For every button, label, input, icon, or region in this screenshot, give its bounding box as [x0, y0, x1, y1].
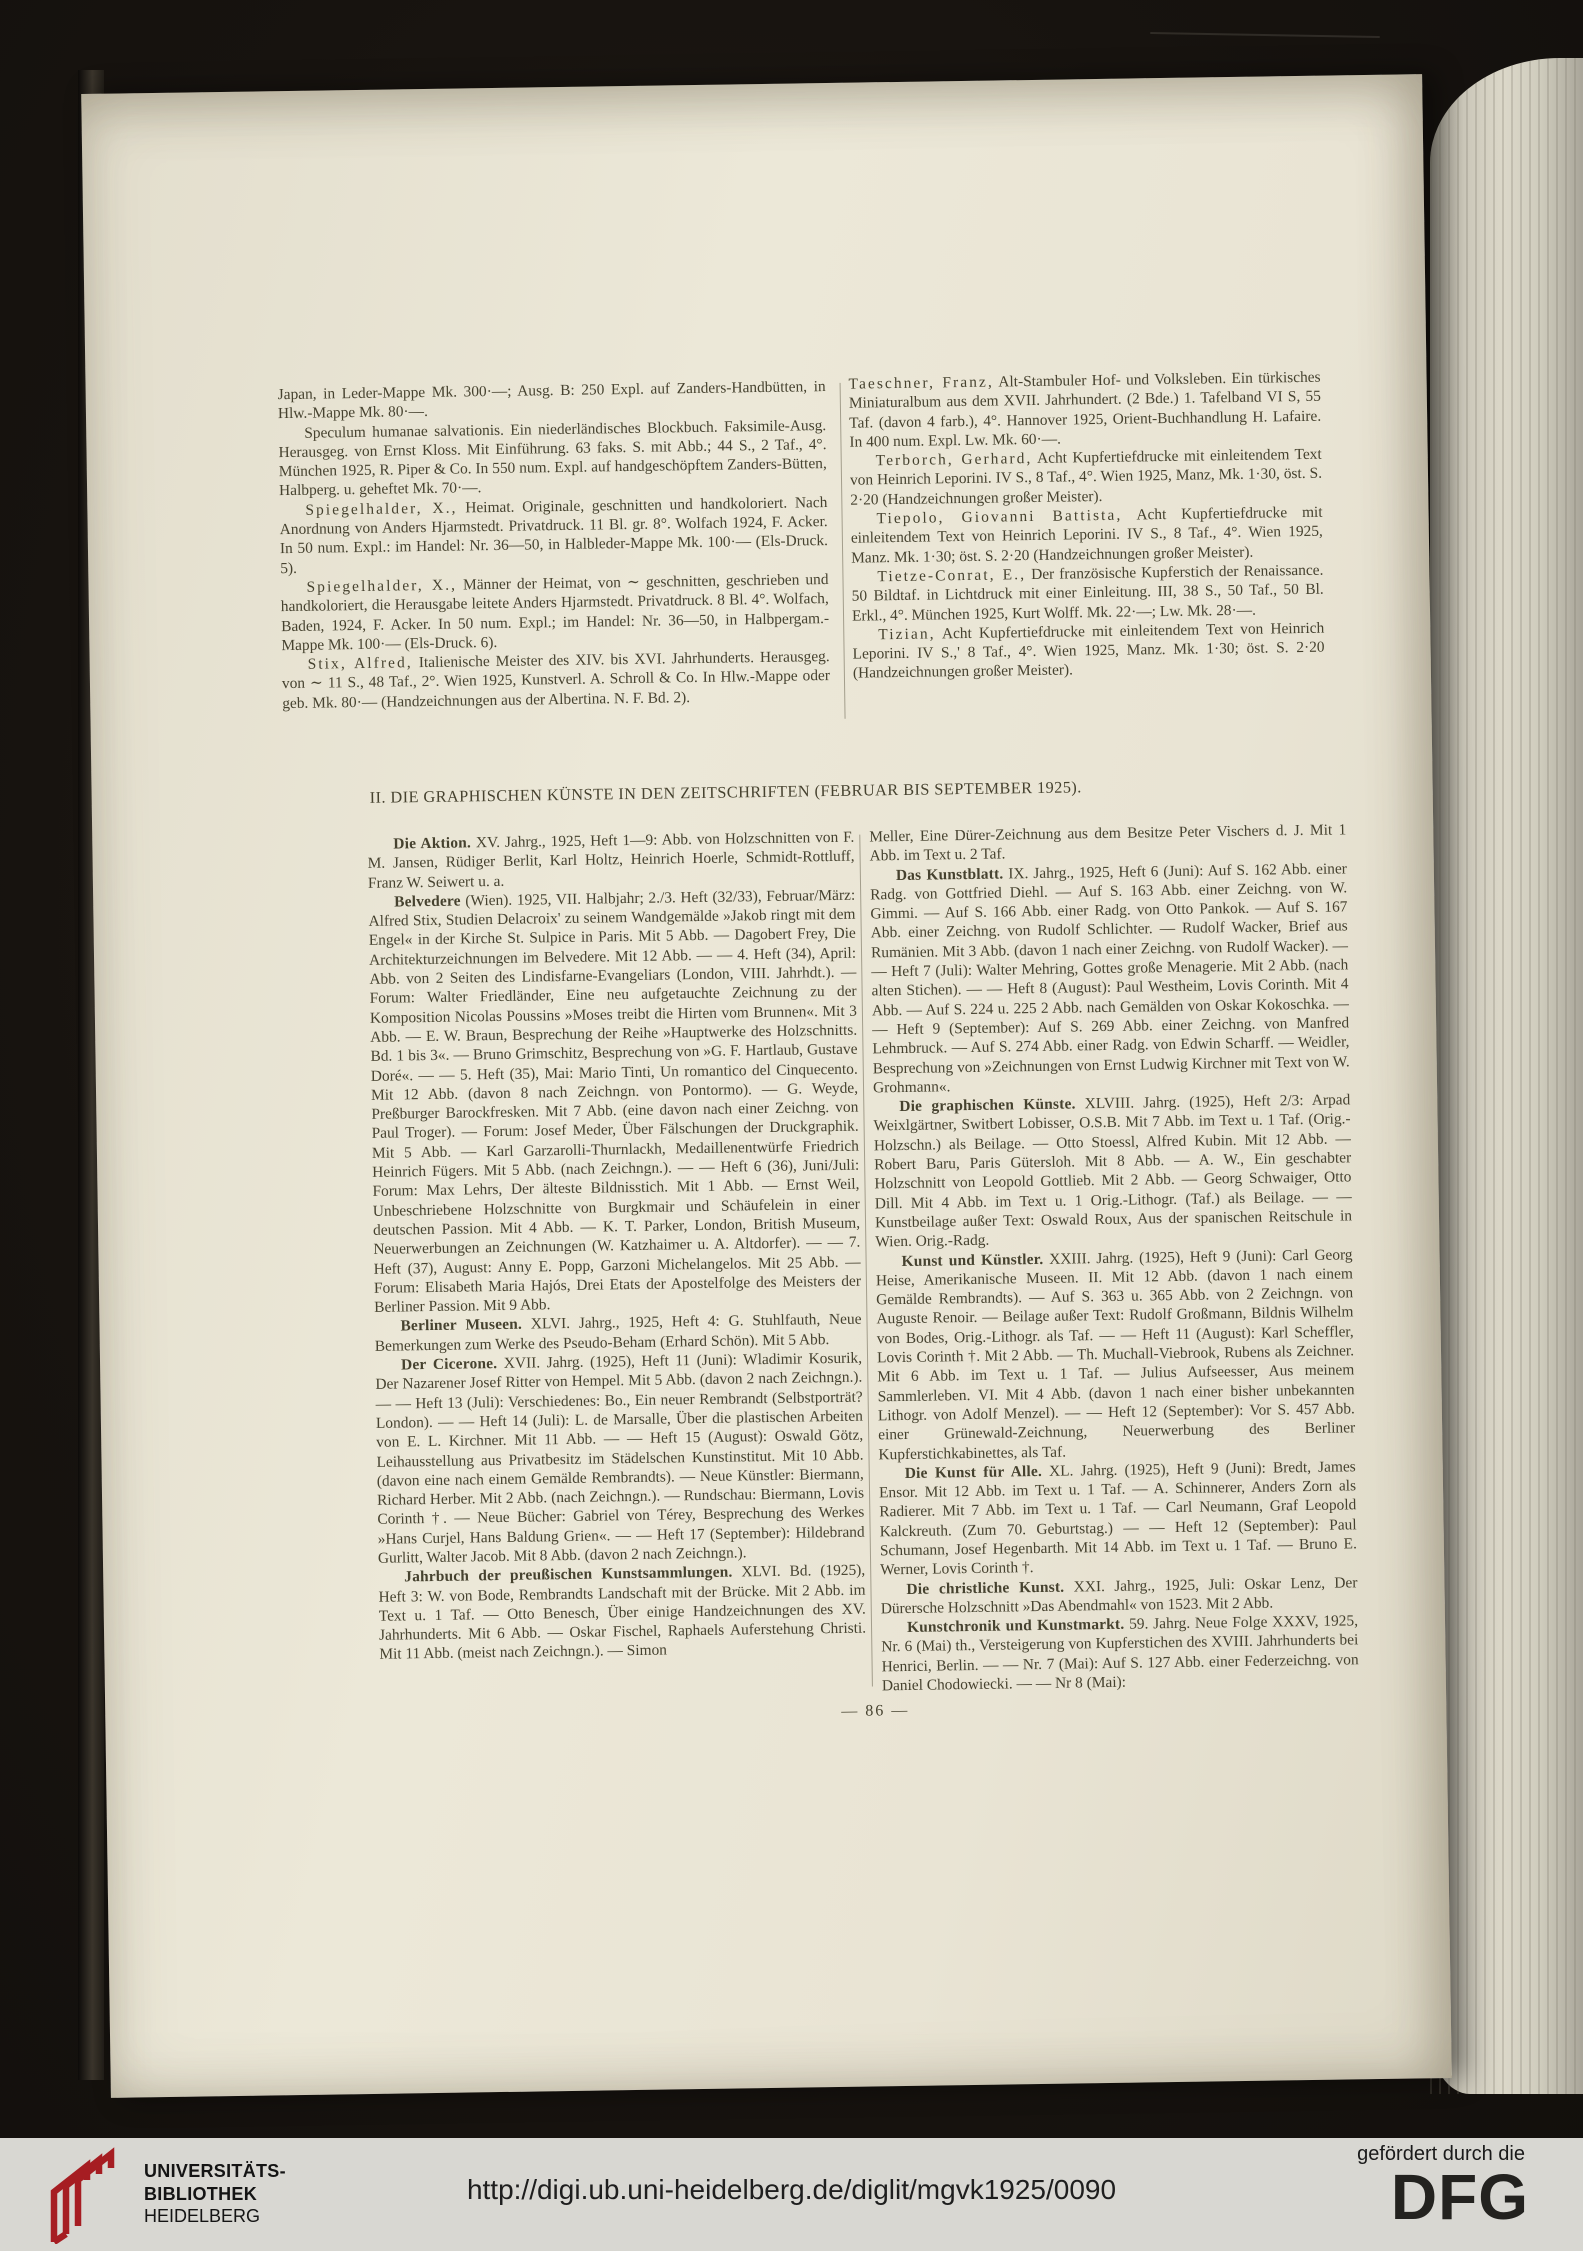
bib-entry-author: Tizian,: [878, 625, 936, 643]
journal-title: Der Cicerone.: [401, 1355, 497, 1373]
bib-entry-author: Terborch, Gerhard,: [876, 450, 1033, 469]
bib-entry: Tietze-Conrat, E., Der französische Kupf…: [851, 561, 1324, 626]
journal-title: Die Aktion.: [393, 834, 471, 852]
scanned-book-page: Japan, in Leder-Mappe Mk. 300·—; Ausg. B…: [81, 74, 1452, 2098]
bib-entry: Tizian, Acht Kupfertiefdrucke mit einlei…: [852, 619, 1325, 684]
section-heading: II. DIE GRAPHISCHEN KÜNSTE IN DEN ZEITSC…: [370, 777, 1082, 808]
journal-entry: Belvedere (Wien). 1925, VII. Halbjahr; 2…: [368, 886, 861, 1318]
journal-entry: Kunst und Künstler. XXIII. Jahrg. (1925)…: [875, 1245, 1355, 1464]
bib-entry-text: Japan, in Leder-Mappe Mk. 300·—; Ausg. B…: [278, 378, 826, 422]
journal-title: Berliner Museen.: [400, 1316, 522, 1335]
journal-entry-text: Meller, Eine Dürer-Zeichnung aus dem Bes…: [869, 821, 1346, 864]
journal-entry: Kunstchronik und Kunstmarkt. 59. Jahrg. …: [881, 1611, 1359, 1695]
journals-column-left: Die Aktion. XV. Jahrg., 1925, Heft 1—9: …: [367, 828, 866, 1665]
journal-entry: Das Kunstblatt. IX. Jahrg., 1925, Heft 6…: [870, 859, 1350, 1098]
digitized-book-viewer: Japan, in Leder-Mappe Mk. 300·—; Ausg. B…: [0, 0, 1583, 2251]
journal-entry: Der Cicerone. XVII. Jahrg. (1925), Heft …: [375, 1349, 865, 1568]
journal-title: Belvedere: [394, 892, 461, 910]
journal-entry-text: XVII. Jahrg. (1925), Heft 11 (Juni): Wla…: [375, 1350, 864, 1567]
journal-entry-text: XXIII. Jahrg. (1925), Heft 9 (Juni): Car…: [876, 1246, 1355, 1463]
bib-entry-author: Tiepolo, Giovanni Battista,: [876, 507, 1122, 528]
bib-entry: Taeschner, Franz, Alt-Stambuler Hof- und…: [848, 368, 1321, 452]
journal-entry: Die Aktion. XV. Jahrg., 1925, Heft 1—9: …: [367, 828, 855, 893]
bib-entry: Speculum humanae salvationis. Ein nieder…: [278, 416, 827, 501]
bib-entry-author: Spiegelhalder, X.,: [305, 499, 457, 518]
journal-title: Jahrbuch der preußischen Kunstsammlungen…: [404, 1564, 732, 1586]
continuation-column-left: Japan, in Leder-Mappe Mk. 300·—; Ausg. B…: [278, 377, 831, 713]
bib-entry: Stix, Alfred, Italienische Meister des X…: [282, 647, 831, 713]
bib-entry-author: Stix, Alfred,: [308, 654, 413, 673]
journal-entry: Die Kunst für Alle. XL. Jahrg. (1925), H…: [879, 1457, 1358, 1580]
journal-title: Die Kunst für Alle.: [905, 1463, 1042, 1482]
bib-entry: Spiegelhalder, X., Männer der Heimat, vo…: [280, 570, 829, 655]
page-number: — 86 —: [745, 1701, 1005, 1723]
page-edge-streaks: [1430, 58, 1583, 2094]
journal-title: Das Kunstblatt.: [896, 865, 1004, 884]
library-name-line: BIBLIOTHEK: [144, 2183, 286, 2206]
university-library-logo-text: UNIVERSITÄTS- BIBLIOTHEK HEIDELBERG: [144, 2160, 286, 2228]
journal-title: Kunstchronik und Kunstmarkt.: [907, 1616, 1125, 1636]
library-name-line: HEIDELBERG: [144, 2205, 286, 2228]
journal-title: Kunst und Künstler.: [901, 1250, 1043, 1269]
column-divider: [840, 383, 846, 719]
bib-entry: Terborch, Gerhard, Acht Kupfertiefdrucke…: [850, 445, 1323, 510]
library-name-line: UNIVERSITÄTS-: [144, 2160, 286, 2183]
bib-entry: Tiepolo, Giovanni Battista, Acht Kupfert…: [850, 503, 1323, 568]
journal-title: Die graphischen Künste.: [899, 1096, 1076, 1116]
journal-entry-text: (Wien). 1925, VII. Halbjahr; 2./3. Heft …: [368, 887, 861, 1316]
persistent-url: http://digi.ub.uni-heidelberg.de/diglit/…: [467, 2174, 1116, 2206]
university-library-logo-icon: [42, 2146, 122, 2244]
book-fore-edge-pages: [1430, 58, 1583, 2094]
journals-column-right: Meller, Eine Dürer-Zeichnung aus dem Bes…: [869, 820, 1359, 1695]
bib-entry-text: Speculum humanae salvationis. Ein nieder…: [278, 417, 826, 500]
bib-entry-author: Taeschner, Franz,: [848, 374, 994, 393]
bib-entry-author: Spiegelhalder, X.,: [306, 577, 457, 596]
journal-entry-text: XLVIII. Jahrg. (1925), Heft 2/3: Arpad W…: [873, 1091, 1352, 1250]
bib-entry: Spiegelhalder, X., Heimat. Originale, ge…: [279, 493, 828, 578]
continuation-column-right: Taeschner, Franz, Alt-Stambuler Hof- und…: [848, 368, 1325, 684]
digitization-footer-bar: UNIVERSITÄTS- BIBLIOTHEK HEIDELBERG http…: [0, 2138, 1583, 2251]
journal-entry: Jahrbuch der preußischen Kunstsammlungen…: [378, 1561, 866, 1665]
dfg-logo: DFG: [1391, 2165, 1529, 2229]
journal-title: Die christliche Kunst.: [906, 1578, 1064, 1597]
bib-entry-author: Tietze-Conrat, E.,: [877, 566, 1026, 585]
scan-scratch-artifact: [1150, 32, 1380, 38]
journal-entry-text: IX. Jahrg., 1925, Heft 6 (Juni): Auf S. …: [870, 860, 1350, 1096]
journal-entry: Die graphischen Künste. XLVIII. Jahrg. (…: [873, 1090, 1352, 1251]
